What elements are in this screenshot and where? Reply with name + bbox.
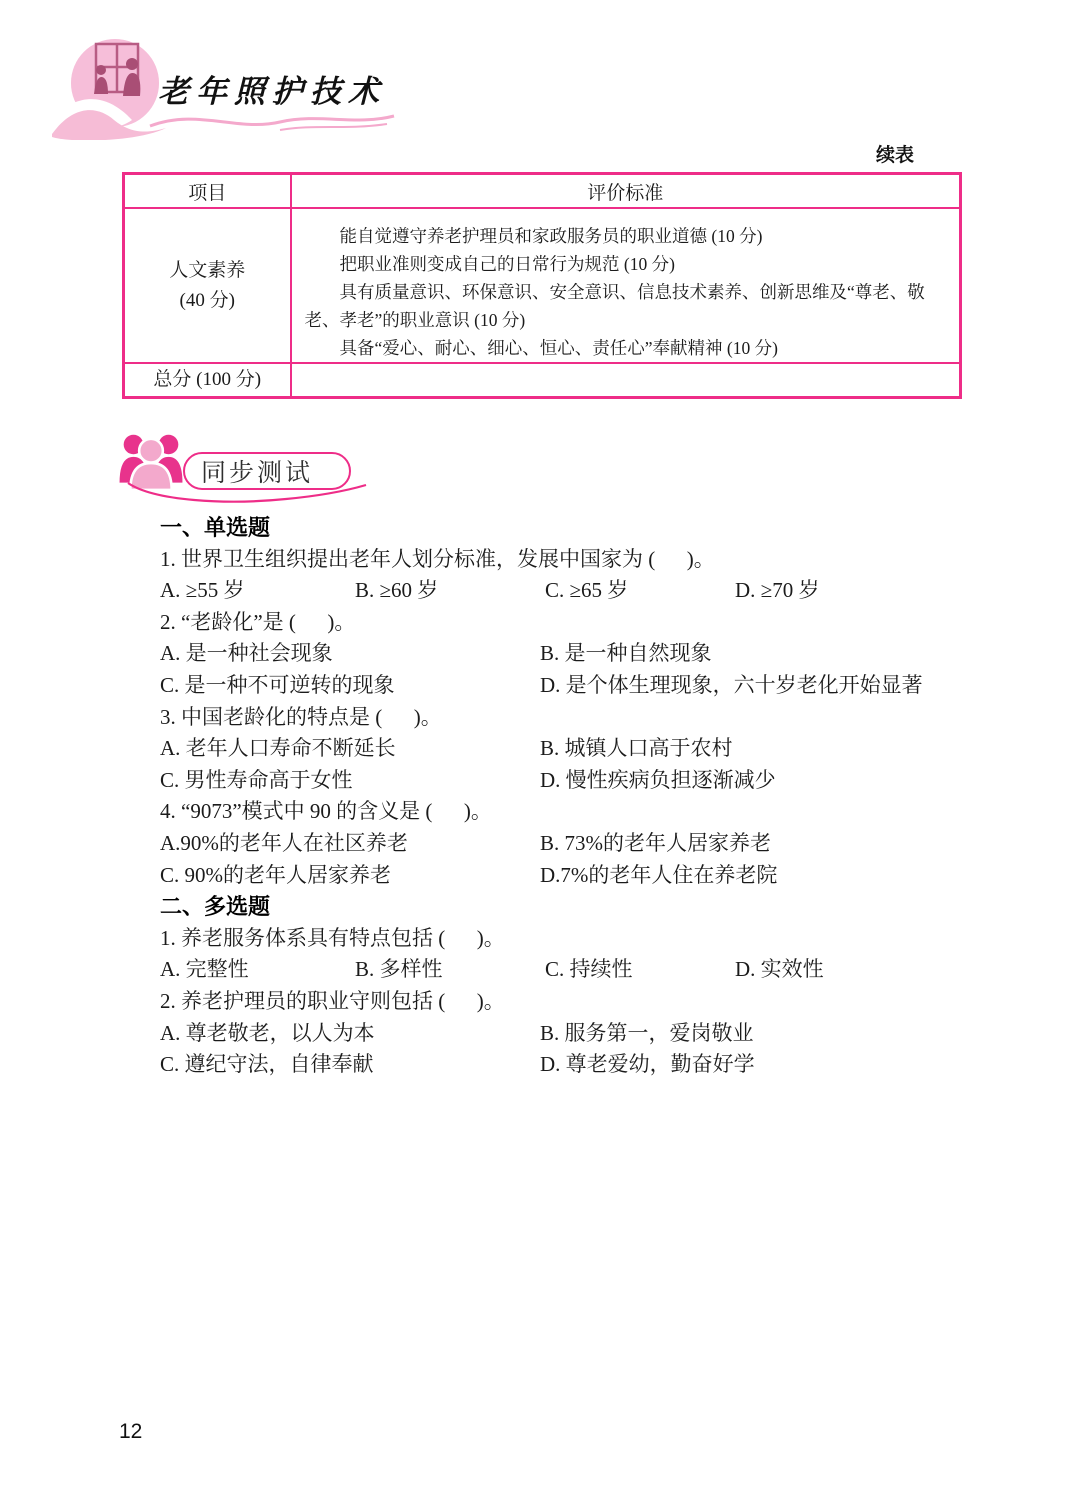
option: C. 遵纪守法，自律奉献: [160, 1049, 540, 1081]
option-row: C. 90%的老年人居家养老 D.7%的老年人住在养老院: [160, 860, 960, 892]
option: B. 城镇人口高于农村: [540, 733, 960, 765]
option-row: A.90%的老年人在社区养老 B. 73%的老年人居家养老: [160, 828, 960, 860]
option: C. ≥65 岁: [545, 575, 735, 607]
option: A. 老年人口寿命不断延长: [160, 733, 540, 765]
table-row: 人文素养 (40 分) 能自觉遵守养老护理员和家政服务员的职业道德 (10 分)…: [124, 208, 961, 363]
option: D. 是个体生理现象，六十岁老化开始显著: [540, 670, 960, 702]
option: C. 是一种不可逆转的现象: [160, 670, 540, 702]
criteria-line: 把职业准则变成自己的日常行为规范 (10 分): [305, 250, 944, 278]
option-row: A. ≥55 岁 B. ≥60 岁 C. ≥65 岁 D. ≥70 岁: [160, 575, 960, 607]
option: C. 男性寿命高于女性: [160, 765, 540, 797]
item-cell: 人文素养 (40 分): [124, 208, 291, 363]
table-header-row: 项目 评价标准: [124, 174, 961, 209]
option: D. 实效性: [735, 954, 960, 986]
criteria-line: 具有质量意识、环保意识、安全意识、信息技术素养、创新思维及“尊老、敬老、孝老”的…: [305, 278, 944, 334]
option: A. 完整性: [160, 954, 355, 986]
option: C. 90%的老年人居家养老: [160, 860, 540, 892]
option: A.90%的老年人在社区养老: [160, 828, 540, 860]
option: D. 慢性疾病负担逐渐减少: [540, 765, 960, 797]
multi-choice-heading: 二、多选题: [160, 891, 960, 923]
question-stem: 1. 世界卫生组织提出老年人划分标准，发展中国家为 ( )。: [160, 544, 960, 576]
question-stem: 2. “老龄化”是 ( )。: [160, 607, 960, 639]
option: C. 持续性: [545, 954, 735, 986]
table-row: 总分 (100 分): [124, 363, 961, 398]
quiz-section: 一、单选题 1. 世界卫生组织提出老年人划分标准，发展中国家为 ( )。 A. …: [160, 512, 960, 1081]
option-row: C. 遵纪守法，自律奉献 D. 尊老爱幼，勤奋好学: [160, 1049, 960, 1081]
item-name: 人文素养: [126, 256, 289, 286]
book-title: 老年照护技术: [158, 66, 386, 111]
question-stem: 3. 中国老龄化的特点是 ( )。: [160, 702, 960, 734]
option: A. 是一种社会现象: [160, 638, 540, 670]
option: D.7%的老年人住在养老院: [540, 860, 960, 892]
table-header-item: 项目: [124, 174, 291, 209]
question-stem: 1. 养老服务体系具有特点包括 ( )。: [160, 923, 960, 955]
option: A. 尊老敬老，以人为本: [160, 1018, 540, 1050]
option-row: A. 是一种社会现象 B. 是一种自然现象: [160, 638, 960, 670]
option: B. 73%的老年人居家养老: [540, 828, 960, 860]
item-score: (40 分): [126, 286, 289, 316]
single-choice-heading: 一、单选题: [160, 512, 960, 544]
option-row: C. 男性寿命高于女性 D. 慢性疾病负担逐渐减少: [160, 765, 960, 797]
option-row: A. 老年人口寿命不断延长 B. 城镇人口高于农村: [160, 733, 960, 765]
total-score-cell: 总分 (100 分): [124, 363, 291, 398]
page-number: 12: [119, 1420, 142, 1444]
option-row: A. 尊老敬老，以人为本 B. 服务第一，爱岗敬业: [160, 1018, 960, 1050]
option: D. 尊老爱幼，勤奋好学: [540, 1049, 960, 1081]
option: B. 多样性: [355, 954, 545, 986]
option-row: C. 是一种不可逆转的现象 D. 是个体生理现象，六十岁老化开始显著: [160, 670, 960, 702]
table-header-criteria: 评价标准: [291, 174, 961, 209]
option: B. 是一种自然现象: [540, 638, 960, 670]
option: B. 服务第一，爱岗敬业: [540, 1018, 960, 1050]
question-stem: 2. 养老护理员的职业守则包括 ( )。: [160, 986, 960, 1018]
option: D. ≥70 岁: [735, 575, 960, 607]
option-row: A. 完整性 B. 多样性 C. 持续性 D. 实效性: [160, 954, 960, 986]
criteria-line: 具备“爱心、耐心、细心、恒心、责任心”奉献精神 (10 分): [305, 334, 944, 362]
criteria-cell-empty: [291, 363, 961, 398]
badge-swoosh-line: [126, 481, 368, 509]
criteria-line: 能自觉遵守养老护理员和家政服务员的职业道德 (10 分): [305, 222, 944, 250]
criteria-cell: 能自觉遵守养老护理员和家政服务员的职业道德 (10 分) 把职业准则变成自己的日…: [291, 208, 961, 363]
book-page: 老年照护技术 续表 项目 评价标准 人文素养 (40 分) 能自觉遵守养老护理员…: [0, 0, 1083, 1508]
continued-table-label: 续表: [876, 140, 914, 167]
option: A. ≥55 岁: [160, 575, 355, 607]
question-stem: 4. “9073”模式中 90 的含义是 ( )。: [160, 796, 960, 828]
evaluation-table: 项目 评价标准 人文素养 (40 分) 能自觉遵守养老护理员和家政服务员的职业道…: [122, 172, 962, 399]
option: B. ≥60 岁: [355, 575, 545, 607]
